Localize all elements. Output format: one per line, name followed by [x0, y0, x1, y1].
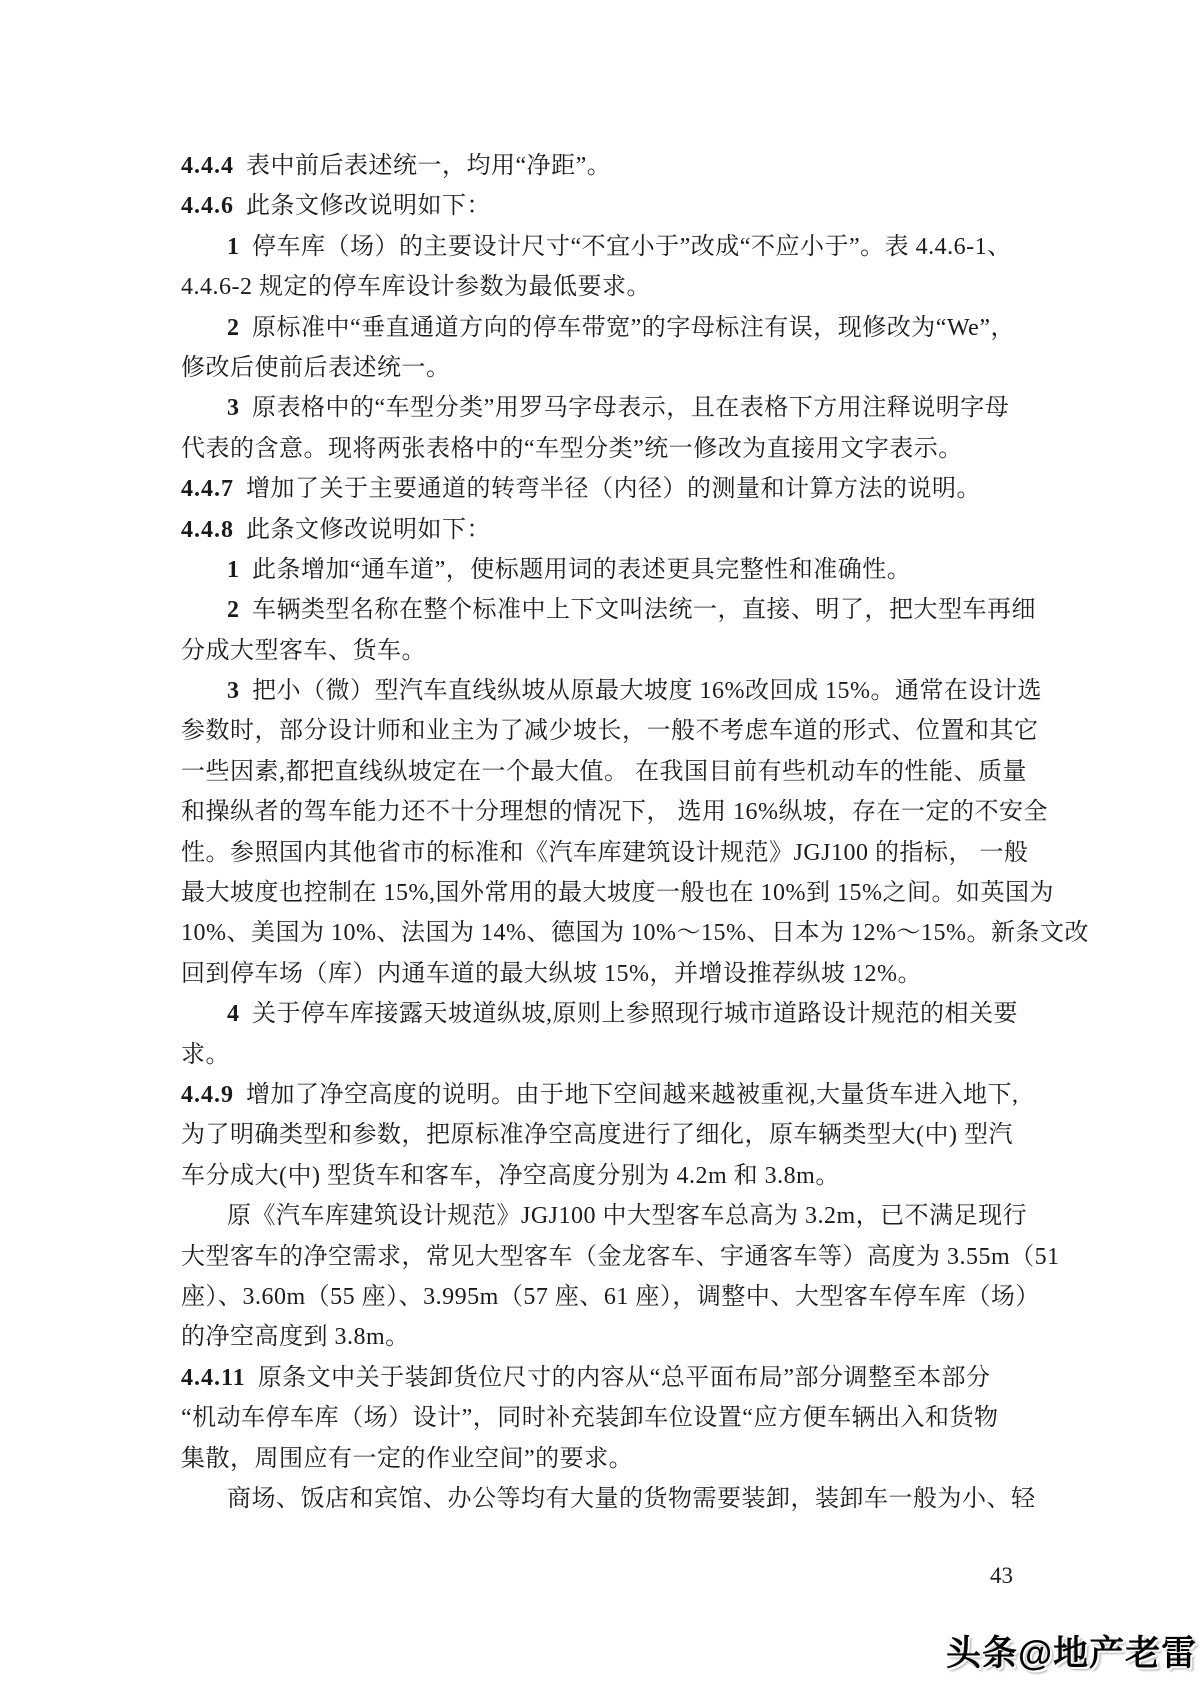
text-line: 为了明确类型和参数，把原标准净空高度进行了细化，原车辆类型大(中) 型汽 — [181, 1115, 1059, 1155]
line-text: 车分成大(中) 型货车和客车，净空高度分别为 4.2m 和 3.8m。 — [181, 1163, 840, 1189]
line-text: 分成大型客车、货车。 — [181, 638, 426, 664]
text-line: 回到停车场（库）内通车道的最大纵坡 15%，并增设推荐纵坡 12%。 — [181, 954, 1059, 994]
item-number: 4.4.9 — [181, 1082, 234, 1108]
text-line: 座）、3.60m（55 座）、3.995m（57 座、61 座），调整中、大型客… — [181, 1277, 1059, 1317]
line-text: 把小（微）型汽车直线纵坡从原最大坡度 16%改回成 15%。通常在设计选 — [252, 678, 1042, 704]
line-text: 原表格中的“车型分类”用罗马字母表示，且在表格下方用注释说明字母 — [252, 395, 1009, 421]
text-line: 1停车库（场）的主要设计尺寸“不宜小于”改成“不应小于”。表 4.4.6-1、 — [181, 227, 1059, 267]
text-line: 10%、美国为 10%、法国为 14%、德国为 10%～15%、日本为 12%～… — [181, 913, 1059, 953]
line-text: 关于停车库接露天坡道纵坡,原则上参照现行城市道路设计规范的相关要 — [252, 1001, 1018, 1027]
text-line: 4.4.11原条文中关于装卸货位尺寸的内容从“总平面布局”部分调整至本部分 — [181, 1358, 1059, 1398]
item-number: 2 — [227, 315, 240, 341]
line-text: 停车库（场）的主要设计尺寸“不宜小于”改成“不应小于”。表 4.4.6-1、 — [252, 234, 1012, 260]
text-line: 4.4.6-2 规定的停车库设计参数为最低要求。 — [181, 267, 1059, 307]
text-line: 4.4.7增加了关于主要通道的转弯半径（内径）的测量和计算方法的说明。 — [181, 469, 1059, 509]
item-number: 4 — [227, 1001, 240, 1027]
item-number: 2 — [227, 597, 240, 623]
item-number: 4.4.11 — [181, 1365, 246, 1391]
line-text: 10%、美国为 10%、法国为 14%、德国为 10%～15%、日本为 12%～… — [181, 920, 1089, 946]
text-line: 2原标准中“垂直通道方向的停车带宽”的字母标注有误，现修改为“We”， — [181, 308, 1059, 348]
text-line: “机动车停车库（场）设计”，同时补充装卸车位设置“应方便车辆出入和货物 — [181, 1398, 1059, 1438]
item-number: 4.4.7 — [181, 476, 234, 502]
item-number: 4.4.6 — [181, 193, 234, 219]
line-text: 性。参照国内其他省市的标准和《汽车库建筑设计规范》JGJ100 的指标， 一般 — [181, 840, 1029, 866]
line-text: 最大坡度也控制在 15%,国外常用的最大坡度一般也在 10%到 15%之间。如英… — [181, 880, 1054, 906]
line-text: 4.4.6-2 规定的停车库设计参数为最低要求。 — [181, 274, 651, 300]
line-text: 原标准中“垂直通道方向的停车带宽”的字母标注有误，现修改为“We”， — [252, 315, 1015, 341]
text-line: 1此条增加“通车道”，使标题用词的表述更具完整性和准确性。 — [181, 550, 1059, 590]
line-text: 代表的含意。现将两张表格中的“车型分类”统一修改为直接用文字表示。 — [181, 436, 963, 462]
text-line: 修改后使前后表述统一。 — [181, 348, 1059, 388]
line-text: 原条文中关于装卸货位尺寸的内容从“总平面布局”部分调整至本部分 — [258, 1365, 991, 1391]
item-number: 1 — [227, 234, 240, 260]
text-line: 最大坡度也控制在 15%,国外常用的最大坡度一般也在 10%到 15%之间。如英… — [181, 873, 1059, 913]
line-text: 求。 — [181, 1042, 230, 1068]
text-line: 代表的含意。现将两张表格中的“车型分类”统一修改为直接用文字表示。 — [181, 429, 1059, 469]
document-text-body: 4.4.4表中前后表述统一，均用“净距”。4.4.6此条文修改说明如下：1停车库… — [181, 146, 1059, 1519]
line-text: 座）、3.60m（55 座）、3.995m（57 座、61 座），调整中、大型客… — [181, 1284, 1040, 1310]
text-line: 2车辆类型名称在整个标准中上下文叫法统一，直接、明了，把大型车再细 — [181, 590, 1059, 630]
text-line: 4关于停车库接露天坡道纵坡,原则上参照现行城市道路设计规范的相关要 — [181, 994, 1059, 1034]
text-line: 一些因素,都把直线纵坡定在一个最大值。 在我国目前有些机动车的性能、质量 — [181, 752, 1059, 792]
line-text: 为了明确类型和参数，把原标准净空高度进行了细化，原车辆类型大(中) 型汽 — [181, 1122, 1013, 1148]
item-number: 4.4.8 — [181, 517, 234, 543]
line-text: 原《汽车库建筑设计规范》JGJ100 中大型客车总高为 3.2m，已不满足现行 — [227, 1203, 1027, 1229]
line-text: 参数时，部分设计师和业主为了减少坡长，一般不考虑车道的形式、位置和其它 — [181, 718, 1039, 744]
line-text: 的净空高度到 3.8m。 — [181, 1324, 410, 1350]
text-line: 4.4.8此条文修改说明如下： — [181, 510, 1059, 550]
text-line: 的净空高度到 3.8m。 — [181, 1317, 1059, 1357]
text-line: 和操纵者的驾车能力还不十分理想的情况下， 选用 16%纵坡，存在一定的不安全 — [181, 792, 1059, 832]
document-page: 4.4.4表中前后表述统一，均用“净距”。4.4.6此条文修改说明如下：1停车库… — [0, 0, 1200, 1697]
text-line: 车分成大(中) 型货车和客车，净空高度分别为 4.2m 和 3.8m。 — [181, 1156, 1059, 1196]
line-text: 和操纵者的驾车能力还不十分理想的情况下， 选用 16%纵坡，存在一定的不安全 — [181, 799, 1048, 825]
text-line: 4.4.4表中前后表述统一，均用“净距”。 — [181, 146, 1059, 186]
text-line: 3把小（微）型汽车直线纵坡从原最大坡度 16%改回成 15%。通常在设计选 — [181, 671, 1059, 711]
item-number: 3 — [227, 678, 240, 704]
line-text: 集散，周围应有一定的作业空间”的要求。 — [181, 1446, 633, 1472]
line-text: 表中前后表述统一，均用“净距”。 — [246, 153, 611, 179]
text-line: 4.4.6此条文修改说明如下： — [181, 186, 1059, 226]
line-text: 车辆类型名称在整个标准中上下文叫法统一，直接、明了，把大型车再细 — [252, 597, 1036, 623]
line-text: 商场、饭店和宾馆、办公等均有大量的货物需要装卸，装卸车一般为小、轻 — [227, 1486, 1036, 1512]
line-text: 一些因素,都把直线纵坡定在一个最大值。 在我国目前有些机动车的性能、质量 — [181, 759, 1027, 785]
line-text: “机动车停车库（场）设计”，同时补充装卸车位设置“应方便车辆出入和货物 — [181, 1405, 998, 1431]
line-text: 此条文修改说明如下： — [246, 517, 491, 543]
line-text: 修改后使前后表述统一。 — [181, 355, 451, 381]
text-line: 分成大型客车、货车。 — [181, 631, 1059, 671]
page-number: 43 — [990, 1563, 1013, 1589]
line-text: 回到停车场（库）内通车道的最大纵坡 15%，并增设推荐纵坡 12%。 — [181, 961, 922, 987]
line-text: 增加了关于主要通道的转弯半径（内径）的测量和计算方法的说明。 — [246, 476, 981, 502]
text-line: 性。参照国内其他省市的标准和《汽车库建筑设计规范》JGJ100 的指标， 一般 — [181, 833, 1059, 873]
line-text: 此条文修改说明如下： — [246, 193, 491, 219]
item-number: 3 — [227, 395, 240, 421]
watermark: 头条@地产老雷 — [946, 1626, 1197, 1676]
text-line: 3原表格中的“车型分类”用罗马字母表示，且在表格下方用注释说明字母 — [181, 388, 1059, 428]
text-line: 原《汽车库建筑设计规范》JGJ100 中大型客车总高为 3.2m，已不满足现行 — [181, 1196, 1059, 1236]
text-line: 集散，周围应有一定的作业空间”的要求。 — [181, 1439, 1059, 1479]
line-text: 此条增加“通车道”，使标题用词的表述更具完整性和准确性。 — [252, 557, 911, 583]
item-number: 1 — [227, 557, 240, 583]
text-line: 大型客车的净空需求，常见大型客车（金龙客车、宇通客车等）高度为 3.55m（51 — [181, 1237, 1059, 1277]
text-line: 4.4.9增加了净空高度的说明。由于地下空间越来越被重视,大量货车进入地下, — [181, 1075, 1059, 1115]
text-line: 参数时，部分设计师和业主为了减少坡长，一般不考虑车道的形式、位置和其它 — [181, 711, 1059, 751]
text-line: 商场、饭店和宾馆、办公等均有大量的货物需要装卸，装卸车一般为小、轻 — [181, 1479, 1059, 1519]
line-text: 大型客车的净空需求，常见大型客车（金龙客车、宇通客车等）高度为 3.55m（51 — [181, 1244, 1060, 1270]
item-number: 4.4.4 — [181, 153, 234, 179]
line-text: 增加了净空高度的说明。由于地下空间越来越被重视,大量货车进入地下, — [246, 1082, 1019, 1108]
text-line: 求。 — [181, 1035, 1059, 1075]
